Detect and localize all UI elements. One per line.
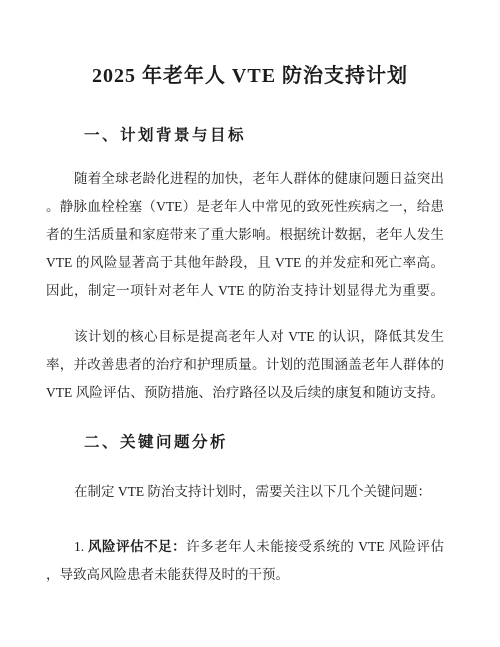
document-page: 2025 年老年人 VTE 防治支持计划 一、计划背景与目标 随着全球老龄化进程… <box>0 0 500 647</box>
text-line: VTE 的风险显著高于其他年龄段，且 VTE 的并发症和死亡率高。 <box>46 249 444 277</box>
paragraph-background: 随着全球老龄化进程的加快，老年人群体的健康问题日益突出 。静脉血栓栓塞（VTE）… <box>46 165 444 305</box>
text-line: 者的生活质量和家庭带来了重大影响。根据统计数据，老年人发生 <box>46 221 444 249</box>
text-line: 率，并改善患者的治疗和护理质量。计划的范围涵盖老年人群体的 <box>46 351 444 379</box>
text-line: 随着全球老龄化进程的加快，老年人群体的健康问题日益突出 <box>46 165 444 193</box>
text-line: VTE 风险评估、预防措施、治疗路径以及后续的康复和随访支持。 <box>46 379 444 407</box>
text-line: 。静脉血栓栓塞（VTE）是老年人中常见的致死性疾病之一，给患 <box>46 193 444 221</box>
text-line: ，导致高风险患者未能获得及时的干预。 <box>46 561 444 589</box>
list-item-text: 许多老年人未能接受系统的 VTE 风险评估 <box>186 539 444 554</box>
section-heading-2: 二、关键问题分析 <box>84 430 228 452</box>
text-line: 1. 风险评估不足：许多老年人未能接受系统的 VTE 风险评估 <box>46 533 444 561</box>
paragraph-goals: 该计划的核心目标是提高老年人对 VTE 的认识，降低其发生 率，并改善患者的治疗… <box>46 323 444 407</box>
text-line: 该计划的核心目标是提高老年人对 VTE 的认识，降低其发生 <box>46 323 444 351</box>
list-item-number: 1. <box>74 539 88 554</box>
document-title: 2025 年老年人 VTE 防治支持计划 <box>0 59 500 88</box>
text-line: 在制定 VTE 防治支持计划时，需要关注以下几个关键问题： <box>46 478 444 506</box>
section-heading-1: 一、计划背景与目标 <box>84 123 246 145</box>
text-line: 因此，制定一项针对老年人 VTE 的防治支持计划显得尤为重要。 <box>46 277 444 305</box>
list-item-term: 风险评估不足： <box>88 539 186 554</box>
list-item: 1. 风险评估不足：许多老年人未能接受系统的 VTE 风险评估 ，导致高风险患者… <box>46 533 444 589</box>
paragraph-intro: 在制定 VTE 防治支持计划时，需要关注以下几个关键问题： <box>46 478 444 506</box>
